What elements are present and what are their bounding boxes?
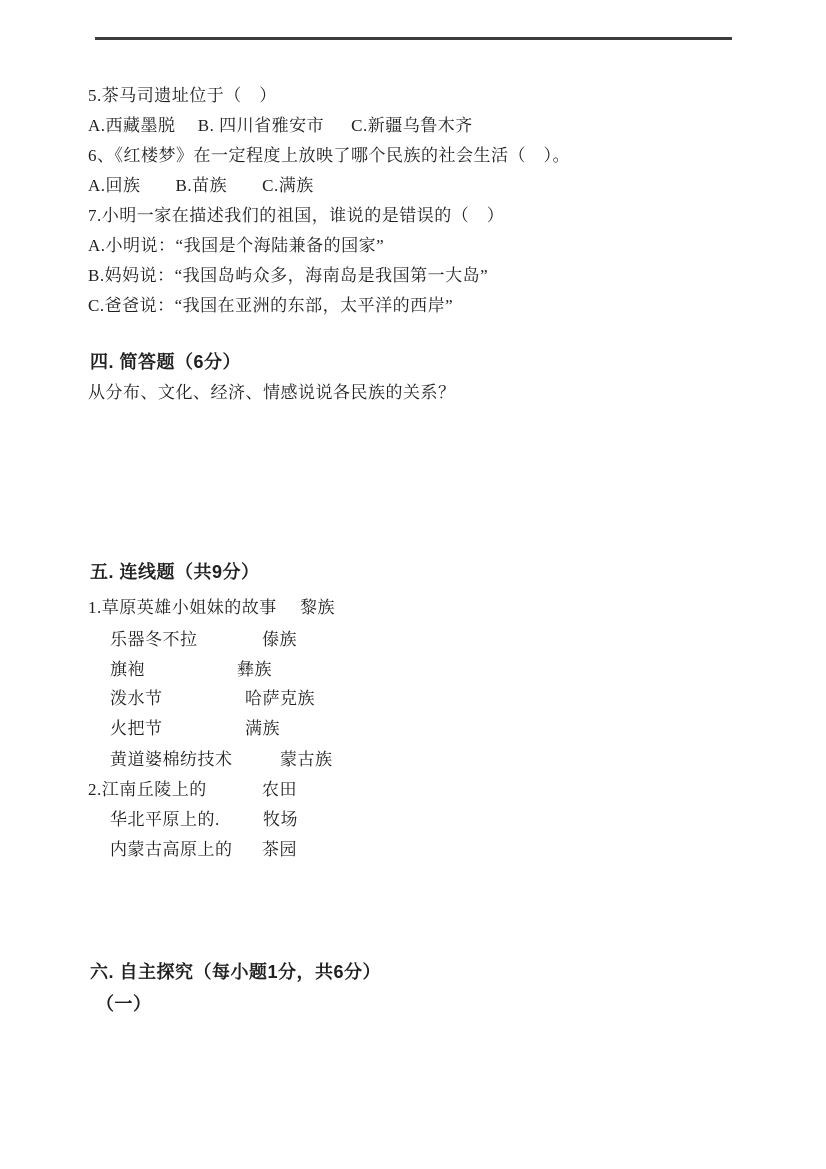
matching-row: 内蒙古高原上的 茶园 — [0, 839, 826, 861]
question-7-option-c: C.爸爸说：“我国在亚洲的东部，太平洋的西岸” — [88, 295, 453, 317]
matching-right-item: 农田 — [262, 779, 297, 801]
section-5-heading: 五. 连线题（共9分） — [90, 561, 260, 584]
section-6-heading: 六. 自主探究（每小题1分，共6分） — [90, 961, 381, 984]
matching-right-item: 哈萨克族 — [245, 688, 315, 710]
matching-right-item: 黎族 — [300, 597, 335, 619]
exam-paper-page: 5.茶马司遗址位于（ ） A.西藏墨脱 B. 四川省雅安市 C.新疆乌鲁木齐 6… — [0, 0, 826, 1169]
matching-left-item: 泼水节 — [110, 689, 163, 708]
question-7-stem: 7.小明一家在描述我们的祖国，谁说的是错误的（ ） — [88, 205, 504, 227]
question-6-options: A.回族 B.苗族 C.满族 — [88, 175, 314, 197]
question-5-options: A.西藏墨脱 B. 四川省雅安市 C.新疆乌鲁木齐 — [88, 115, 473, 137]
matching-left-item: 旗袍 — [110, 660, 145, 679]
matching-left-item: 2.江南丘陵上的 — [88, 780, 207, 799]
matching-right-item: 彝族 — [237, 659, 272, 681]
matching-left-item: 1.草原英雄小姐妹的故事 — [88, 598, 277, 617]
matching-left-item: 黄道婆棉纺技术 — [110, 750, 233, 769]
matching-row: 旗袍 彝族 — [0, 659, 826, 681]
section-4-heading: 四. 简答题（6分） — [90, 351, 241, 374]
matching-left-item: 内蒙古高原上的 — [110, 840, 233, 859]
matching-right-item: 茶园 — [262, 839, 297, 861]
question-7-option-b: B.妈妈说：“我国岛屿众多，海南岛是我国第一大岛” — [88, 265, 488, 287]
matching-row: 华北平原上的. 牧场 — [0, 809, 826, 831]
question-7-option-a: A.小明说：“我国是个海陆兼备的国家” — [88, 235, 384, 257]
matching-right-item: 蒙古族 — [280, 749, 333, 771]
matching-row: 火把节 满族 — [0, 718, 826, 740]
matching-row: 1.草原英雄小姐妹的故事 黎族 — [0, 597, 826, 619]
matching-right-item: 牧场 — [263, 809, 298, 831]
matching-right-item: 傣族 — [262, 629, 297, 651]
matching-row: 乐器冬不拉 傣族 — [0, 629, 826, 651]
matching-left-item: 乐器冬不拉 — [110, 630, 198, 649]
question-5-stem: 5.茶马司遗址位于（ ） — [88, 85, 277, 107]
question-6-stem: 6、《红楼梦》在一定程度上放映了哪个民族的社会生活（ ）。 — [88, 145, 570, 167]
matching-row: 黄道婆棉纺技术 蒙古族 — [0, 749, 826, 771]
matching-row: 2.江南丘陵上的 农田 — [0, 779, 826, 801]
matching-row: 泼水节 哈萨克族 — [0, 688, 826, 710]
section-6-part-label: （一） — [96, 993, 152, 1016]
top-divider — [95, 37, 732, 40]
matching-left-item: 火把节 — [110, 719, 163, 738]
matching-right-item: 满族 — [245, 718, 280, 740]
matching-left-item: 华北平原上的. — [110, 810, 220, 829]
section-4-question: 从分布、文化、经济、情感说说各民族的关系？ — [88, 382, 456, 404]
